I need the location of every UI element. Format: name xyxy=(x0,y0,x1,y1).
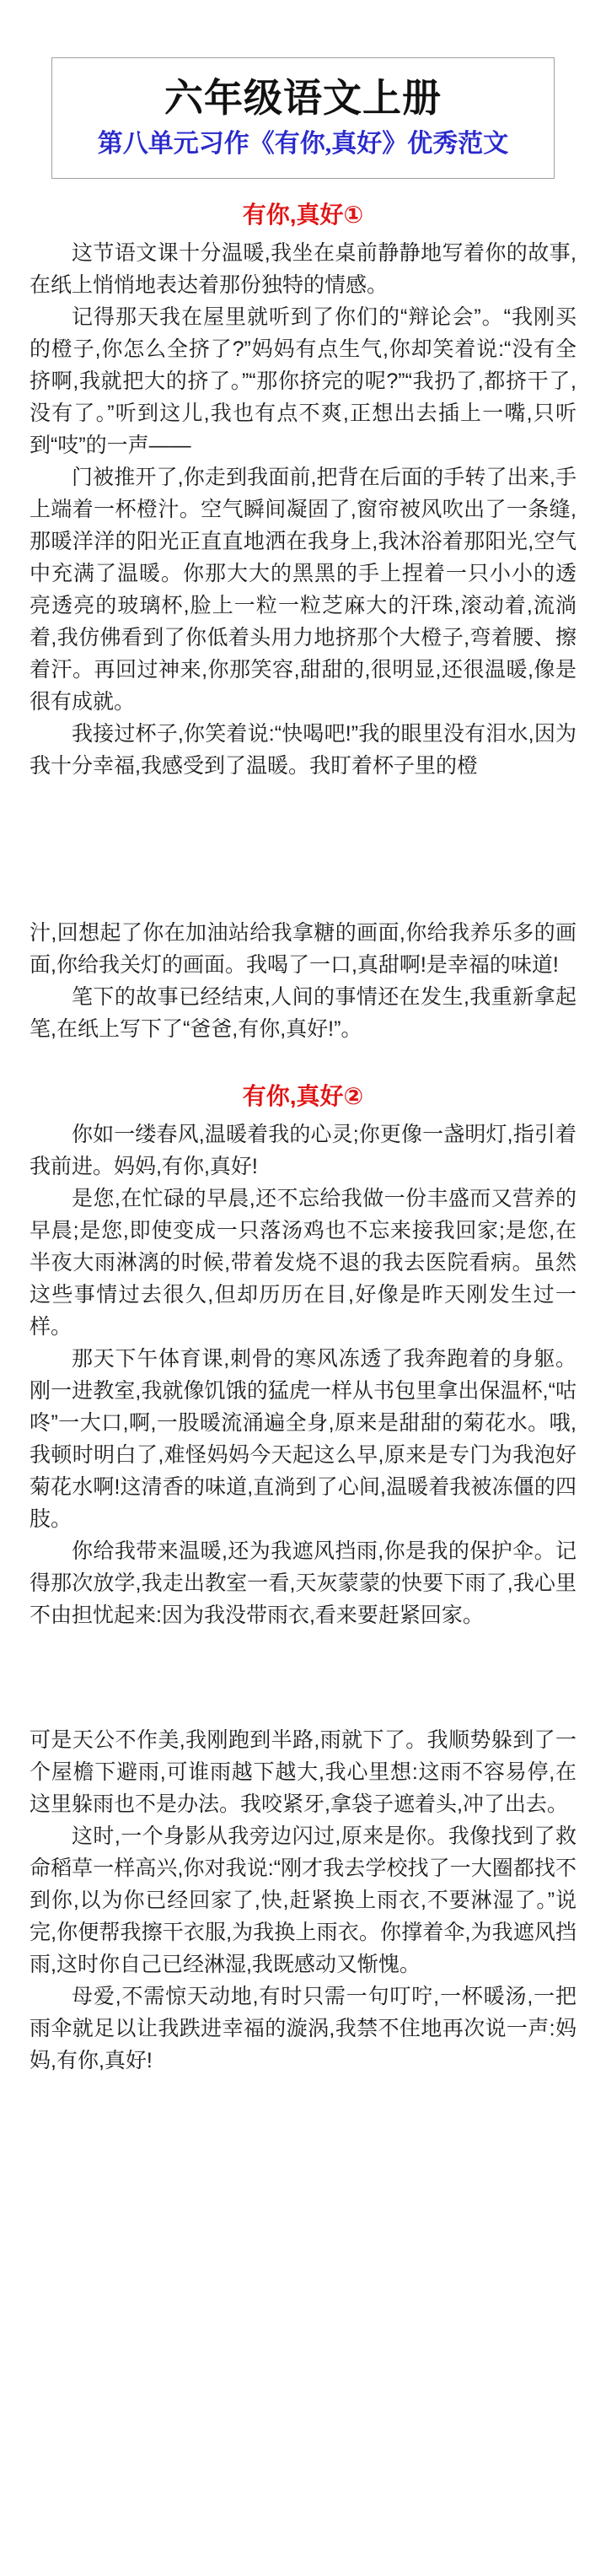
document-subtitle: 第八单元习作《有你,真好》优秀范文 xyxy=(59,129,547,159)
essay-1-paragraph-3: 门被推开了,你走到我面前,把背在后面的手转了出来,手上端着一杯橙汁。空气瞬间凝固… xyxy=(29,461,577,718)
essay-2-paragraph-6: 母爱,不需惊天动地,有时只需一句叮咛,一杯暖汤,一把雨伞就足以让我跌进幸福的漩涡… xyxy=(29,1981,577,2077)
essay-2-paragraph-4-continued: 可是天公不作美,我刚跑到半路,雨就下了。我顺势躲到了一个屋檐下避雨,可谁雨越下越… xyxy=(29,1724,577,1820)
essay-1-paragraph-2: 记得那天我在屋里就听到了你们的“辩论会”。“我刚买的橙子,你怎么全挤了?”妈妈有… xyxy=(29,301,577,461)
essay-2-paragraph-1: 你如一缕春风,温暖着我的心灵;你更像一盏明灯,指引着我前进。妈妈,有你,真好! xyxy=(29,1118,577,1183)
document-title: 六年级语文上册 xyxy=(59,77,547,121)
essay-2-heading: 有你,真好② xyxy=(29,1082,577,1111)
essay-1-paragraph-5: 笔下的故事已经结束,人间的事情还在发生,我重新拿起笔,在纸上写下了“爸爸,有你,… xyxy=(29,981,577,1045)
blank-gap-2 xyxy=(29,1631,577,1724)
blank-gap-1 xyxy=(29,782,577,917)
essay-1-paragraph-4-continued: 汁,回想起了你在加油站给我拿糖的画面,你给我养乐多的画面,你给我关灯的画面。我喝… xyxy=(29,917,577,981)
essay-2: 有你,真好② 你如一缕春风,温暖着我的心灵;你更像一盏明灯,指引着我前进。妈妈,… xyxy=(29,1082,577,2077)
essay-2-paragraph-4: 你给我带来温暖,还为我遮风挡雨,你是我的保护伞。记得那次放学,我走出教室一看,天… xyxy=(29,1535,577,1631)
essay-1-paragraph-4: 我接过杯子,你笑着说:“快喝吧!”我的眼里没有泪水,因为我十分幸福,我感受到了温… xyxy=(29,718,577,782)
title-box: 六年级语文上册 第八单元习作《有你,真好》优秀范文 xyxy=(51,57,555,179)
essay-2-paragraph-5: 这时,一个身影从我旁边闪过,原来是你。我像找到了救命稻草一样高兴,你对我说:“刚… xyxy=(29,1820,577,1981)
essay-1-paragraph-1: 这节语文课十分温暖,我坐在桌前静静地写着你的故事,在纸上悄悄地表达着那份独特的情… xyxy=(29,237,577,301)
essay-2-paragraph-3: 那天下午体育课,刺骨的寒风冻透了我奔跑着的身躯。刚一进教室,我就像饥饿的猛虎一样… xyxy=(29,1343,577,1535)
document-page: 六年级语文上册 第八单元习作《有你,真好》优秀范文 有你,真好① 这节语文课十分… xyxy=(0,57,606,2077)
essay-1-heading: 有你,真好① xyxy=(29,201,577,229)
essay-2-paragraph-2: 是您,在忙碌的早晨,还不忘给我做一份丰盛而又营养的早晨;是您,即使变成一只落汤鸡… xyxy=(29,1183,577,1343)
essay-1: 有你,真好① 这节语文课十分温暖,我坐在桌前静静地写着你的故事,在纸上悄悄地表达… xyxy=(29,201,577,1045)
